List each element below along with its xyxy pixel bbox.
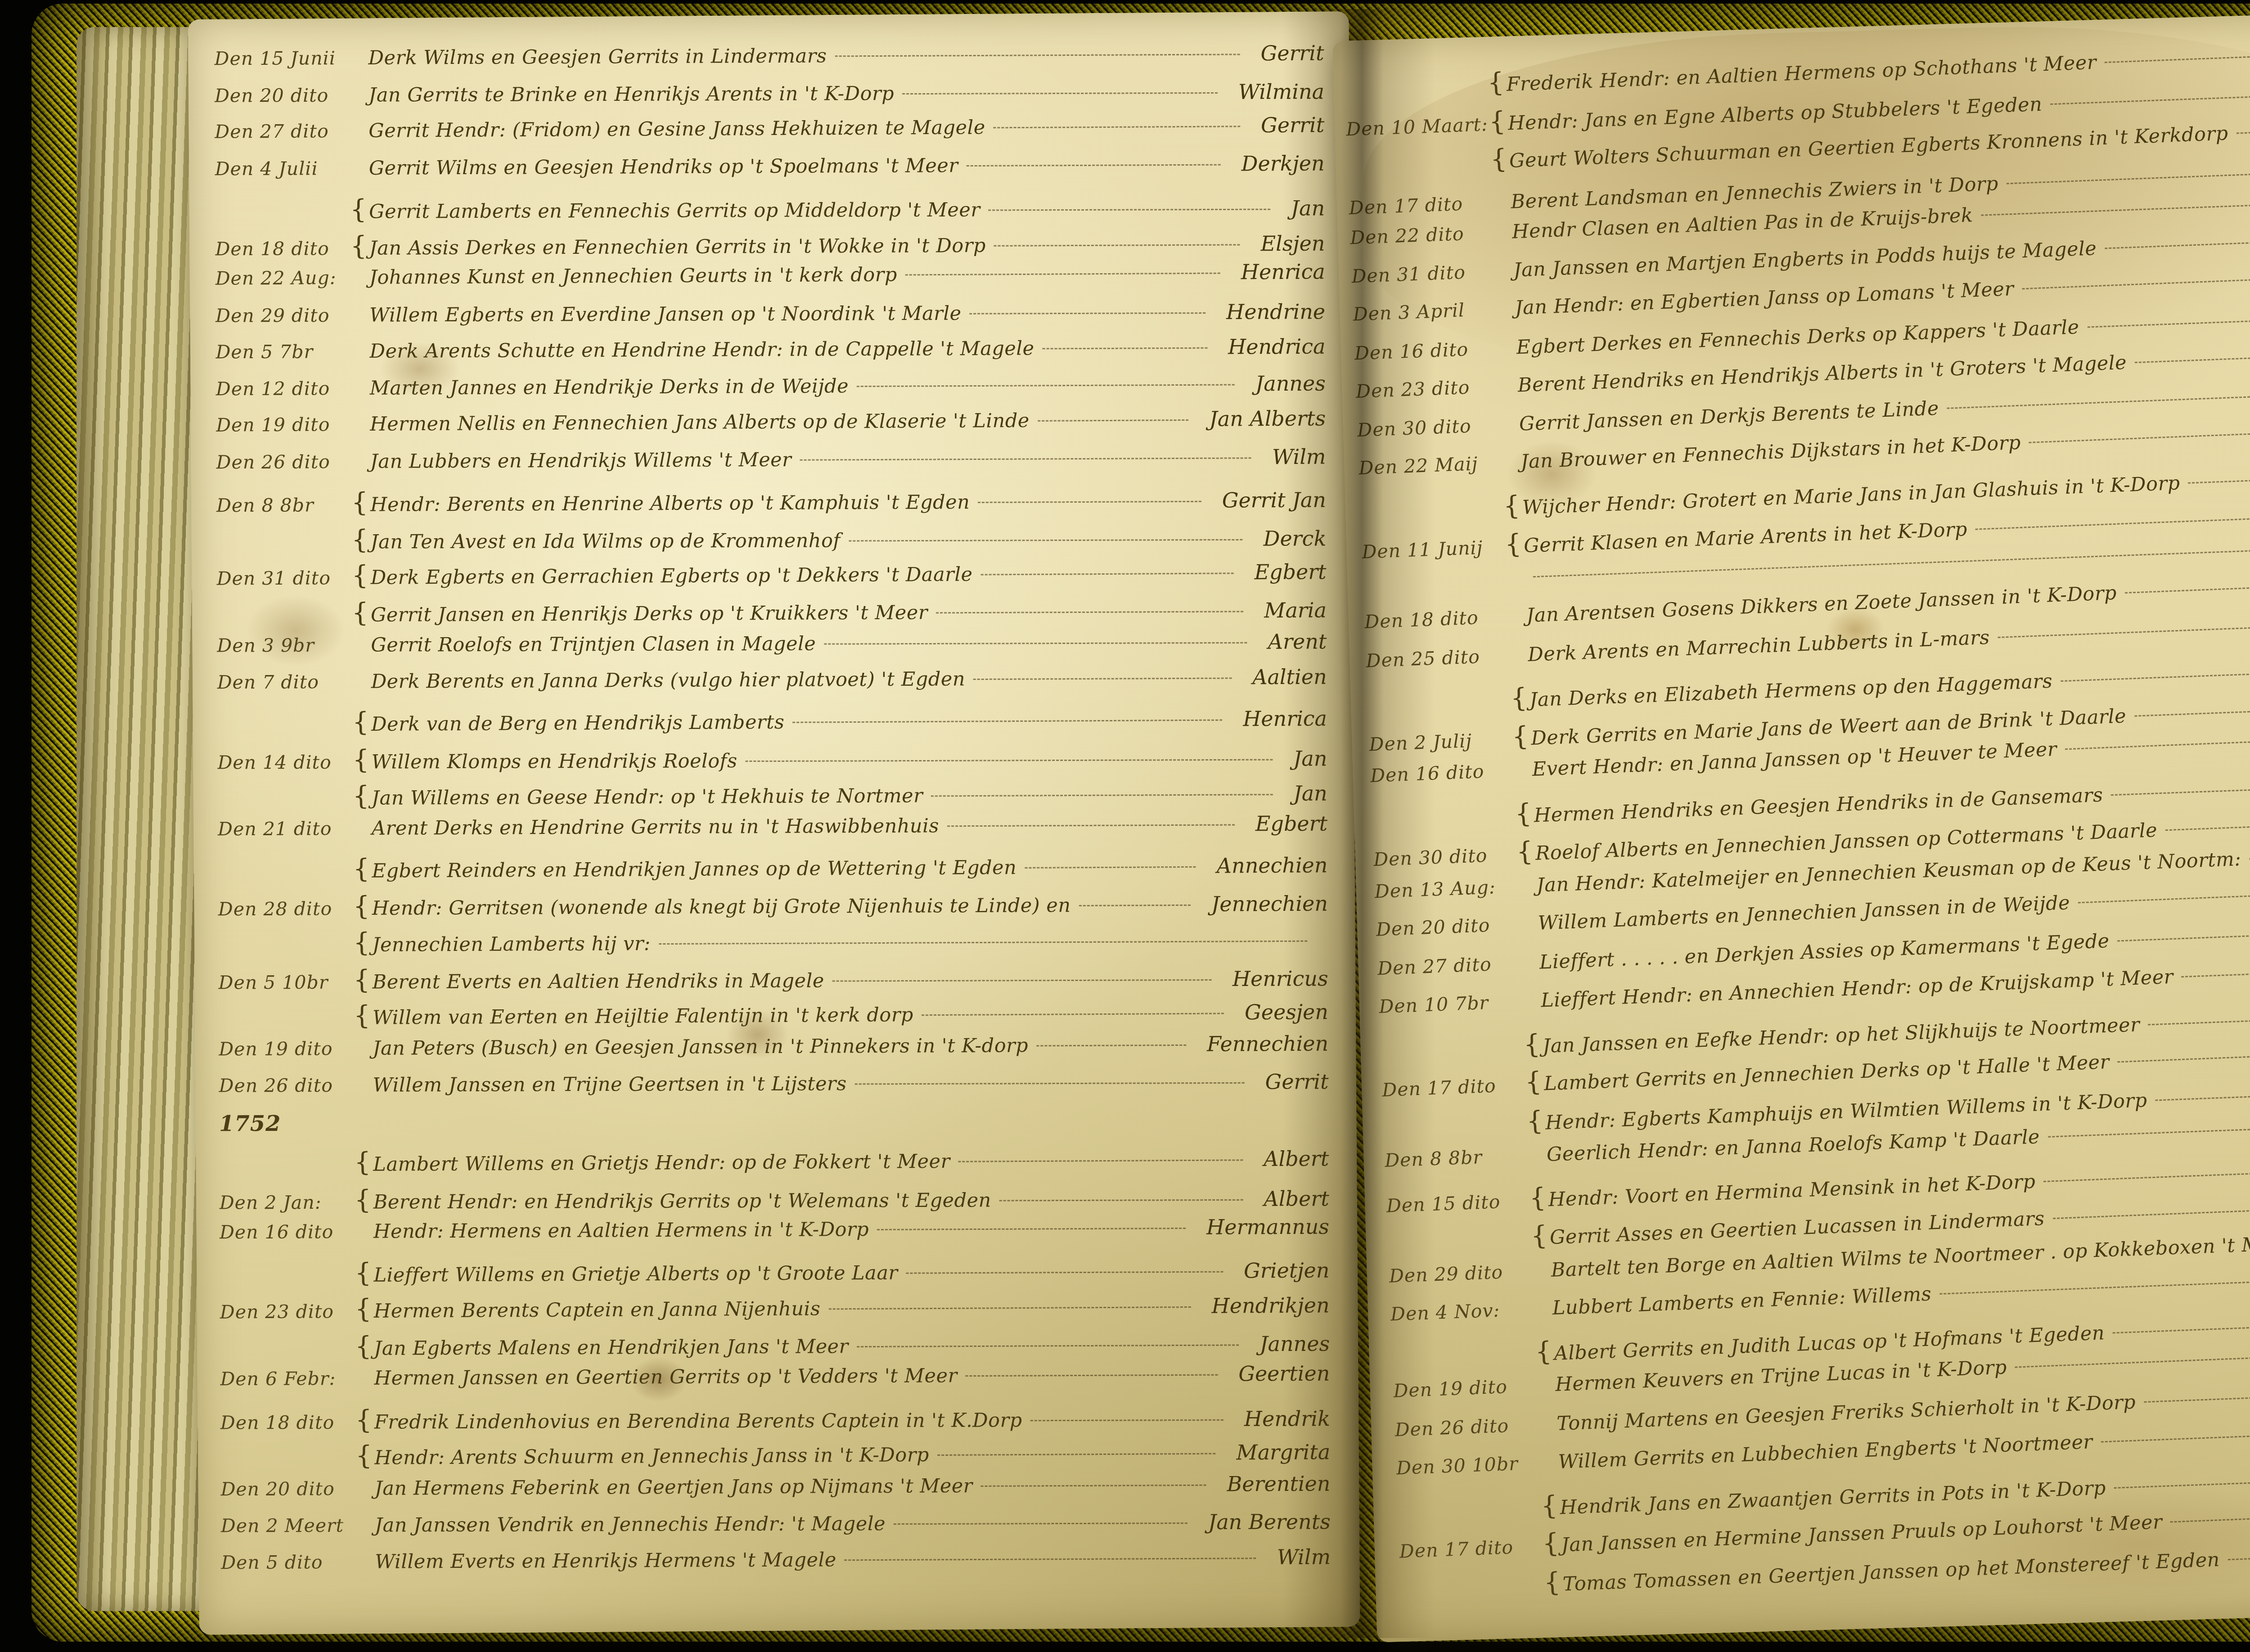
- dash-leader: [931, 794, 1273, 797]
- child-name: Hendrik: [1244, 1409, 1345, 1428]
- register-row: Den 20 dito Jan Hermens Feberink en Geer…: [220, 1473, 1345, 1514]
- entry-date: [216, 548, 351, 549]
- child-name: Wilm: [1272, 447, 1341, 466]
- dash-leader: [745, 759, 1272, 761]
- dash-leader: [2148, 1010, 2250, 1025]
- entry-date: Den 12 dito: [216, 378, 351, 400]
- entry-date: Den 18 dito: [215, 238, 350, 260]
- brace-glyph: {: [1534, 1336, 1555, 1367]
- entry-couple-text: Jan Gerrits te Brinke en Henrikjs Arents…: [369, 82, 894, 106]
- child-name: Gerrit: [1260, 44, 1339, 63]
- register-row: Den 22 Aug: Johannes Kunst en Jennechien…: [216, 261, 1341, 304]
- entry-date: 1752: [219, 1111, 354, 1136]
- dash-leader: [965, 1374, 1218, 1377]
- dash-leader: [849, 539, 1243, 541]
- brace-glyph: {: [355, 1440, 374, 1471]
- dash-leader: [969, 312, 1206, 315]
- left-register-rows: Den 15 Junii Derk Wilms en Geesjen Gerri…: [214, 42, 1346, 1588]
- entry-date: [1392, 1360, 1535, 1366]
- brace-glyph: [1508, 622, 1527, 623]
- dash-leader: [981, 572, 1233, 575]
- entry-couple-text: Jan Assis Derkes en Fennechien Gerrits i…: [369, 234, 986, 259]
- brace-glyph: [1539, 1468, 1558, 1469]
- child-name: Geesjen: [1245, 1003, 1344, 1022]
- entry-couple-text: Jan Willems en Geese Hendr: op 't Hekhui…: [372, 785, 923, 810]
- entry-date: Den 27 dito: [1377, 952, 1521, 979]
- dash-leader: [2113, 1316, 2250, 1333]
- entry-couple-text: Derk Wilms en Geesjen Gerrits in Linderm…: [368, 45, 827, 69]
- dash-leader: [835, 54, 1240, 57]
- dash-leader: [2155, 1089, 2250, 1101]
- entry-date: Den 11 Junij: [1362, 536, 1506, 563]
- brace-glyph: {: [1510, 682, 1530, 713]
- entry-couple-text: Willem Janssen en Trijne Geertsen in 't …: [373, 1072, 846, 1096]
- dash-leader: [2043, 1166, 2250, 1182]
- brace-glyph: {: [354, 1147, 373, 1177]
- entry-date: Den 20 dito: [1376, 913, 1520, 940]
- entry-couple-text: Jan Ten Avest en Ida Wilms op de Krommen…: [370, 529, 841, 553]
- register-row: { Hendr: Arents Schuurm en Jennechis Jan…: [220, 1435, 1345, 1477]
- entry-date: Den 26 dito: [219, 1075, 354, 1097]
- dash-leader: [845, 1557, 1256, 1561]
- brace-glyph: [1498, 354, 1516, 355]
- entry-couple-text: Gerrit Jansen en Henrikjs Derks op 't Kr…: [371, 601, 928, 626]
- dash-leader: [994, 126, 1240, 128]
- entry-date: Den 5 dito: [221, 1551, 356, 1573]
- register-row: { Gerrit Jansen en Henrikjs Derks op 't …: [217, 593, 1342, 634]
- brace-glyph: {: [1523, 1028, 1543, 1059]
- dash-leader: [937, 1453, 1216, 1456]
- brace-glyph: {: [1504, 528, 1525, 559]
- brace-glyph: {: [353, 780, 372, 811]
- entry-date: [1372, 823, 1515, 828]
- entry-couple-text: Fredrik Lindenhovius en Berendina Berent…: [374, 1409, 1022, 1433]
- entry-date: Den 16 dito: [1354, 337, 1498, 364]
- register-row: Den 2 Jan: { Berent Hendr: en Hendrikjs …: [220, 1181, 1345, 1221]
- brace-glyph: {: [355, 1293, 373, 1324]
- brace-glyph: {: [353, 927, 372, 958]
- entry-couple-text: Willem Everts en Henrikjs Hermens 't Mag…: [375, 1548, 837, 1573]
- dash-leader: [2134, 702, 2250, 716]
- entry-couple-text: Hendr: Arents Schuurm en Jennechis Janss…: [374, 1444, 929, 1469]
- entry-date: Den 15 Junii: [214, 47, 349, 69]
- brace-glyph: {: [1503, 490, 1523, 521]
- dash-leader: [824, 642, 1247, 645]
- entry-couple-text: Gerrit Lamberts en Fennechis Gerrits op …: [369, 199, 980, 223]
- dash-leader: [2236, 126, 2250, 134]
- entry-date: [1381, 1053, 1524, 1058]
- dash-leader: [2165, 819, 2250, 831]
- dash-leader: [922, 1013, 1224, 1016]
- child-name: Jannes: [1255, 374, 1341, 393]
- entry-date: Den 3 April: [1353, 298, 1497, 325]
- entry-date: Den 30 dito: [1373, 843, 1517, 870]
- register-row: Den 19 dito Jan Peters (Busch) en Geesje…: [219, 1033, 1344, 1074]
- left-page: Den 15 Junii Derk Wilms en Geesjen Gerri…: [188, 11, 1360, 1635]
- register-row: Den 29 dito Willem Egberts en Everdine J…: [216, 301, 1341, 341]
- entry-couple-text: Gerrit Wilms en Geesjen Hendriks op 't S…: [369, 154, 958, 180]
- entry-date: Den 29 dito: [1389, 1260, 1533, 1287]
- entry-date: Den 17 dito: [1381, 1074, 1525, 1101]
- brace-glyph: [1537, 1391, 1556, 1392]
- register-row: { Jan Willems en Geese Hendr: op 't Hekh…: [218, 776, 1343, 817]
- entry-date: Den 19 dito: [219, 1038, 354, 1060]
- register-row: Den 16 dito Hendr: Hermens en Aaltien He…: [220, 1216, 1345, 1257]
- child-name: Jan: [1291, 199, 1340, 218]
- entry-date: Den 22 dito: [1350, 222, 1494, 248]
- brace-glyph: {: [1490, 143, 1510, 175]
- dash-leader: [902, 92, 1218, 95]
- entry-couple-text: Derk Egberts en Gerrachien Egberts op 't…: [370, 563, 972, 589]
- entry-couple-text: Jan Egberts Malens en Hendrikjen Jans 't…: [374, 1335, 849, 1360]
- dash-leader: [973, 677, 1232, 680]
- dash-leader: [936, 611, 1244, 613]
- dash-leader: [857, 384, 1235, 387]
- dash-leader: [2048, 1127, 2250, 1138]
- entry-couple-text: Derk Berents en Janna Derks (vulgo hier …: [371, 668, 965, 693]
- entry-date: Den 7 dito: [217, 671, 352, 693]
- register-row: Den 14 dito { Willem Klomps en Hendrikjs…: [217, 741, 1342, 781]
- brace-glyph: [1495, 276, 1514, 277]
- child-name: Albert: [1264, 1149, 1344, 1168]
- entry-date: Den 30 dito: [1357, 414, 1501, 441]
- entry-couple-text: Hermen Nellis en Fennechien Jans Alberts…: [370, 410, 1030, 436]
- entry-couple-text: Hermen Berents Captein en Janna Nijenhui…: [374, 1297, 821, 1322]
- entry-date: Den 22 Aug:: [216, 267, 351, 289]
- entry-couple-text: Arent Derks en Hendrine Gerrits nu in 't…: [372, 815, 939, 840]
- dash-leader: [2170, 1508, 2250, 1523]
- dash-leader: [1036, 1044, 1186, 1046]
- dash-leader: [2125, 579, 2250, 594]
- register-row: Den 7 dito Derk Berents en Janna Derks (…: [217, 666, 1342, 707]
- entry-couple-text: Berent Everts en Aaltien Hendriks in Mag…: [372, 969, 824, 993]
- dash-leader: [2061, 665, 2250, 682]
- entry-couple-text: Johannes Kunst en Jennechien Geurts in '…: [369, 263, 897, 288]
- entry-date: Den 20 dito: [220, 1478, 355, 1500]
- brace-glyph: {: [1543, 1566, 1563, 1598]
- brace-glyph: {: [1487, 67, 1507, 98]
- brace-glyph: {: [1530, 1220, 1550, 1251]
- entry-date: Den 25 dito: [1366, 644, 1510, 671]
- dash-leader: [2087, 312, 2250, 328]
- dash-leader: [2105, 236, 2250, 249]
- register-row: Den 6 Febr: Hermen Janssen en Geertien G…: [220, 1363, 1345, 1404]
- brace-glyph: {: [351, 524, 370, 554]
- entry-date: [1368, 707, 1511, 712]
- register-row: Den 2 Meert Jan Janssen Vendrik en Jenne…: [221, 1511, 1346, 1551]
- child-name: Jan Berents: [1208, 1512, 1346, 1531]
- entry-date: [1345, 92, 1488, 97]
- entry-date: Den 4 Julii: [215, 158, 350, 180]
- entry-date: [217, 621, 352, 622]
- brace-glyph: [1509, 661, 1528, 662]
- entry-date: Den 23 dito: [220, 1301, 355, 1323]
- brace-glyph: {: [1540, 1490, 1560, 1521]
- entry-date: Den 8 8br: [1384, 1145, 1528, 1171]
- entry-date: Den 29 dito: [216, 304, 351, 326]
- entry-couple-text: Jan Peters (Busch) en Geesjen Janssen in…: [373, 1034, 1028, 1059]
- register-row: Den 12 dito Marten Jannes en Hendrikje D…: [216, 373, 1341, 414]
- child-name: Henrica: [1243, 709, 1342, 729]
- entry-couple-text: Hendr: Berents en Henrine Alberts op 't …: [370, 491, 970, 516]
- register-row: Den 3 9br Gerrit Roelofs en Trijntjen Cl…: [217, 631, 1342, 671]
- child-name: Hendrine: [1226, 302, 1341, 321]
- register-row: { Derk van de Berg en Hendrikjs Lamberts…: [217, 701, 1342, 744]
- register-row: Den 15 Junii Derk Wilms en Geesjen Gerri…: [214, 42, 1339, 84]
- entry-date: [1361, 514, 1504, 520]
- register-row: Den 21 dito Arent Derks en Hendrine Gerr…: [218, 813, 1343, 854]
- register-row: Den 23 dito { Hermen Berents Captein en …: [220, 1288, 1345, 1331]
- entry-couple-text: Jennechien Lamberts hij vr:: [372, 932, 651, 956]
- entry-date: Den 2 Jan:: [220, 1191, 355, 1213]
- entry-date: [219, 1171, 354, 1172]
- entry-date: Den 18 dito: [1364, 606, 1508, 633]
- brace-glyph: {: [355, 1184, 373, 1215]
- entry-date: [220, 1282, 355, 1282]
- entry-date: [218, 951, 353, 952]
- child-name: Wilmina: [1238, 82, 1340, 101]
- child-name: Geertien: [1238, 1364, 1345, 1383]
- child-name: Gerrit: [1261, 116, 1340, 135]
- entry-date: Den 19 dito: [1393, 1375, 1537, 1402]
- brace-glyph: [1528, 1161, 1547, 1162]
- register-row: Den 4 Julii Gerrit Wilms en Geesjen Hend…: [215, 153, 1340, 194]
- entry-date: Den 26 dito: [216, 451, 351, 473]
- dash-leader: [2188, 473, 2250, 484]
- register-row: { Jennechien Lamberts hij vr:: [218, 923, 1343, 964]
- entry-date: [219, 1024, 354, 1025]
- entry-couple-text: Willem Egberts en Everdine Jansen op 't …: [369, 302, 961, 326]
- brace-glyph: {: [353, 853, 372, 884]
- child-name: Egbert: [1254, 563, 1341, 581]
- brace-glyph: {: [352, 744, 371, 774]
- child-name: Henrica: [1241, 262, 1341, 282]
- register-row: Den 19 dito Hermen Nellis en Fennechien …: [216, 408, 1341, 450]
- dash-leader: [2118, 1049, 2250, 1062]
- entry-date: [1384, 1130, 1527, 1135]
- dash-leader: [2053, 1202, 2250, 1219]
- dash-leader: [2029, 428, 2250, 443]
- register-row: { Gerrit Lamberts en Fennechis Gerrits o…: [215, 191, 1340, 231]
- entry-date: Den 26 dito: [1395, 1413, 1539, 1440]
- brace-glyph: {: [354, 1000, 373, 1031]
- brace-glyph: {: [1514, 797, 1534, 828]
- child-name: Berentien: [1227, 1474, 1345, 1494]
- entry-date: [215, 218, 350, 219]
- entry-date: Den 16 dito: [220, 1221, 355, 1243]
- dash-leader: [1981, 199, 2250, 216]
- dash-leader: [1975, 512, 2250, 530]
- entry-date: Den 3 9br: [217, 635, 352, 657]
- entry-date: Den 31 dito: [216, 567, 351, 590]
- child-name: Jannes: [1260, 1334, 1345, 1353]
- register-row: { Lieffert Willems en Grietje Alberts op…: [220, 1253, 1345, 1294]
- entry-date: [1348, 168, 1491, 174]
- dash-leader: [947, 824, 1235, 827]
- brace-glyph: [1522, 1007, 1541, 1008]
- child-name: Annechien: [1217, 856, 1343, 875]
- entry-date: [1363, 584, 1507, 589]
- brace-glyph: {: [1512, 720, 1532, 752]
- entry-couple-text: Willem van Eerten en Heijltie Falentijn …: [373, 1004, 913, 1029]
- entry-date: Den 21 dito: [218, 818, 353, 840]
- right-page: 52 ks { Frederik Hendr: en Aaltien Herme…: [1332, 6, 2250, 1643]
- dash-leader: [906, 1271, 1223, 1274]
- brace-glyph: {: [350, 230, 369, 261]
- child-name: Hendrikjen: [1211, 1296, 1345, 1315]
- entry-date: Den 19 dito: [216, 414, 351, 436]
- register-row: Den 26 dito Jan Lubbers en Hendrikjs Wil…: [216, 446, 1341, 487]
- brace-glyph: [1494, 238, 1512, 239]
- entry-date: Den 10 Maart:: [1345, 113, 1489, 140]
- entry-date: Den 5 10br: [218, 971, 353, 993]
- brace-glyph: [1513, 776, 1532, 777]
- dash-leader: [2050, 88, 2250, 104]
- register-row: Den 26 dito Willem Janssen en Trijne Gee…: [219, 1071, 1344, 1111]
- entry-couple-text: Berent Hendr: en Hendrikjs Gerrits op 't…: [373, 1189, 991, 1213]
- dash-leader: [2007, 167, 2250, 184]
- entry-date: Den 16 dito: [1370, 760, 1514, 787]
- child-name: Grietjen: [1244, 1261, 1345, 1280]
- dash-leader: [792, 720, 1222, 723]
- entry-couple-text: Derk van de Berg en Hendrikjs Lamberts: [371, 711, 784, 736]
- child-name: Egbert: [1255, 814, 1343, 833]
- entry-date: Den 28 dito: [218, 898, 353, 920]
- dash-leader: [966, 164, 1220, 166]
- entry-date: Den 27 dito: [215, 120, 350, 143]
- brace-glyph: [1538, 1430, 1557, 1431]
- register-row: Den 18 dito { Jan Assis Derkes en Fennec…: [215, 226, 1340, 267]
- register-row: Den 5 7br Derk Arents Schutte en Hendrin…: [216, 336, 1341, 377]
- child-name: Jan: [1293, 784, 1343, 803]
- entry-couple-text: Hendr: Hermens en Aaltien Hermens in 't …: [373, 1218, 869, 1243]
- entry-date: Den 13 Aug:: [1374, 875, 1518, 902]
- brace-glyph: {: [350, 194, 369, 225]
- entry-date: [218, 805, 353, 805]
- entry-date: Den 30 10br: [1396, 1452, 1540, 1479]
- child-name: Margrita: [1236, 1443, 1345, 1462]
- child-name: Maria: [1264, 601, 1342, 620]
- entry-couple-text: Hermen Janssen en Geertien Gerrits op 't…: [374, 1364, 957, 1390]
- child-name: Henricus: [1233, 969, 1344, 988]
- brace-glyph: [1518, 891, 1537, 892]
- entry-date: Den 22 Maij: [1359, 452, 1503, 479]
- entry-date: [1401, 1591, 1544, 1597]
- brace-glyph: [1496, 315, 1515, 315]
- brace-glyph: {: [353, 964, 372, 995]
- entry-couple-text: Gerrit Roelofs en Trijntjen Clasen in Ma…: [371, 633, 816, 657]
- register-row: Den 27 dito Gerrit Hendr: (Fridom) en Ge…: [215, 114, 1340, 157]
- brace-glyph: {: [351, 560, 370, 590]
- dash-leader: [2144, 1389, 2250, 1402]
- register-row: 1752: [219, 1106, 1344, 1148]
- brace-glyph: {: [353, 890, 372, 921]
- child-name: Gerrit: [1265, 1072, 1344, 1091]
- brace-glyph: {: [352, 707, 371, 737]
- entry-couple-text: Hendr: Gerritsen (wonende als knegt bij …: [372, 894, 1071, 920]
- entry-date: Den 14 dito: [217, 751, 352, 773]
- entry-date: [1398, 1514, 1541, 1519]
- dash-leader: [2111, 782, 2250, 795]
- entry-couple-text: Marten Jannes en Hendrikje Derks in de W…: [370, 375, 849, 400]
- entry-couple-text: Gerrit Hendr: (Fridom) en Gesine Janss H…: [369, 116, 985, 142]
- register-row: { Jan Egberts Malens en Hendrikjen Jans …: [220, 1326, 1345, 1368]
- brace-glyph: {: [1529, 1182, 1549, 1213]
- entry-date: Den 2 Julij: [1369, 728, 1513, 755]
- dash-leader: [905, 273, 1220, 276]
- register-row: { Lambert Willems en Grietjs Hendr: op d…: [219, 1141, 1344, 1184]
- dash-leader: [800, 457, 1251, 460]
- register-row: Den 31 dito { Derk Egberts en Gerrachien…: [216, 554, 1341, 597]
- entry-date: Den 15 dito: [1386, 1189, 1530, 1216]
- brace-glyph: [1506, 583, 1525, 584]
- entry-couple-text: Derk Arents Schutte en Hendrine Hendr: i…: [369, 337, 1034, 362]
- dash-leader: [958, 1159, 1243, 1162]
- dash-leader: [999, 1199, 1243, 1201]
- entry-date: Den 18 dito: [220, 1411, 355, 1433]
- dash-leader: [2114, 1472, 2250, 1488]
- brace-glyph: {: [355, 1257, 373, 1287]
- brace-glyph: {: [1516, 836, 1536, 867]
- entry-date: [217, 731, 352, 732]
- entry-date: [1388, 1245, 1531, 1250]
- child-name: Hendrica: [1228, 337, 1341, 356]
- dash-leader: [1025, 866, 1196, 869]
- brace-glyph: [1534, 1314, 1552, 1315]
- dash-leader: [2117, 928, 2250, 941]
- register-row: { Egbert Reinders en Hendrikjen Jannes o…: [218, 848, 1343, 891]
- dash-leader: [1030, 1419, 1223, 1421]
- entry-couple-text: Willem Klomps en Hendrikjs Roelofs: [371, 750, 737, 773]
- dash-leader: [1042, 347, 1207, 350]
- register-row: Den 5 dito Willem Everts en Henrikjs Her…: [221, 1546, 1346, 1588]
- child-name: Hermannus: [1206, 1217, 1345, 1237]
- dash-leader: [659, 941, 1307, 945]
- brace-glyph: [1519, 930, 1538, 931]
- dash-leader: [1038, 419, 1189, 422]
- dash-leader: [857, 1344, 1239, 1347]
- child-name: Elsjen: [1260, 234, 1340, 253]
- entry-date: Den 6 Febr:: [220, 1368, 355, 1390]
- dash-leader: [978, 501, 1201, 503]
- dash-leader: [855, 1082, 1244, 1085]
- entry-date: [220, 1464, 355, 1465]
- brace-glyph: {: [1525, 1066, 1545, 1098]
- dash-leader: [877, 1228, 1186, 1230]
- entry-date: Den 17 dito: [1399, 1535, 1543, 1562]
- brace-glyph: {: [1542, 1527, 1562, 1559]
- entry-couple-text: Jan Janssen Vendrik en Jennechis Hendr: …: [375, 1512, 886, 1536]
- dash-leader: [994, 244, 1240, 246]
- entry-couple-text: Lieffert Willems en Grietje Alberts op '…: [373, 1261, 898, 1286]
- brace-glyph: {: [352, 597, 371, 627]
- child-name: Albert: [1264, 1189, 1344, 1208]
- register-row: Den 28 dito { Hendr: Gerritsen (wonende …: [218, 886, 1343, 927]
- dash-leader: [2105, 50, 2250, 63]
- brace-glyph: {: [355, 1330, 374, 1361]
- brace-glyph: [1499, 392, 1518, 393]
- entry-couple-text: Lambert Willems en Grietjs Hendr: op de …: [373, 1150, 950, 1176]
- right-register-rows: { Frederik Hendr: en Aaltien Hermens op …: [1344, 27, 2250, 1611]
- register-scan: Den 15 Junii Derk Wilms en Geesjen Gerri…: [0, 0, 2250, 1652]
- entry-couple-text: Egbert Reinders en Hendrikjen Jannes op …: [372, 856, 1017, 882]
- entry-date: Den 2 Meert: [221, 1515, 356, 1537]
- dash-leader: [832, 979, 1212, 982]
- entry-date: [220, 1355, 355, 1355]
- dash-leader: [2182, 966, 2250, 977]
- child-name: Jan: [1293, 749, 1343, 768]
- brace-glyph: [1492, 208, 1511, 209]
